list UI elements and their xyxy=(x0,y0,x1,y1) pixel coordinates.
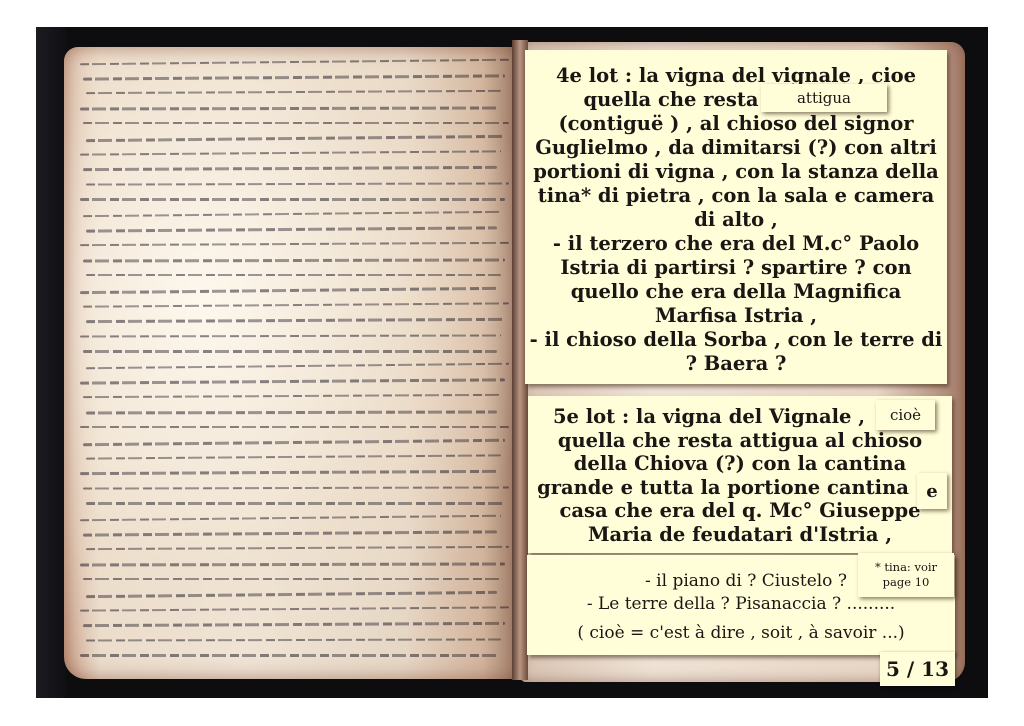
manuscript-ink-line xyxy=(86,318,505,323)
lot4-line: Istria di partirsi ? spartire ? con xyxy=(525,256,947,280)
manuscript-ink-line xyxy=(83,166,497,171)
manuscript-ink-line xyxy=(80,151,501,156)
e-chip: e xyxy=(917,473,947,509)
manuscript-ink-line xyxy=(86,502,505,505)
lot4-line: Guglielmo , da dimitarsi (?) con altri xyxy=(525,136,947,160)
cioe-chip: cioè xyxy=(876,400,935,430)
manuscript-ink-line xyxy=(86,135,505,142)
manuscript-ink-line xyxy=(86,546,509,550)
manuscript-ink-line xyxy=(83,486,509,489)
manuscript-ink-line xyxy=(80,607,509,612)
manuscript-ink-line xyxy=(80,515,501,521)
manuscript-ink-line xyxy=(83,578,501,580)
manuscript-ink-line xyxy=(86,591,497,598)
lot4-line: (contiguë ) , al chioso del signor xyxy=(525,112,947,136)
manuscript-ink-line xyxy=(86,410,497,414)
lot4-line: - il chioso della Sorba , con le terre d… xyxy=(525,328,947,352)
lot5-line: grande e tutta la portione cantina xyxy=(528,476,952,500)
manuscript-ink-line xyxy=(80,287,497,294)
manuscript-ink-line xyxy=(83,258,505,262)
manuscript-ink-line xyxy=(86,274,501,276)
manuscript-ink-line xyxy=(83,303,509,308)
manuscript-ink-line xyxy=(83,439,505,446)
lot5-line: Maria de feudatari d'Istria , xyxy=(528,523,952,547)
lot4-line: ? Baera ? xyxy=(525,352,947,376)
manuscript-ink-line xyxy=(83,211,501,217)
manuscript-ink-line xyxy=(83,622,505,627)
lot5-line: quella che resta attigua al chioso xyxy=(528,429,952,453)
attigua-chip: attigua xyxy=(761,84,887,112)
manuscript-ink-line xyxy=(80,198,505,201)
manuscript-ink-line xyxy=(83,350,497,353)
manuscript-ink-line xyxy=(86,182,509,185)
manuscript-ink-line xyxy=(80,379,505,385)
manuscript-ink-line xyxy=(86,363,509,369)
manuscript-ink-line xyxy=(86,638,501,641)
footnote-line: * tina: voir xyxy=(858,560,954,575)
manuscript-ink-line xyxy=(80,470,497,475)
manuscript-ink-line xyxy=(80,654,497,657)
manuscript-ink-line xyxy=(80,426,509,428)
footnote-box: * tina: voir page 10 xyxy=(858,553,954,597)
manuscript-ink-line xyxy=(83,75,505,81)
lot4-line: tina* di pietra , con la sala e camera xyxy=(525,184,947,208)
cioe-definition-line: ( cioè = c'est à dire , soit , à savoir … xyxy=(527,622,955,645)
manuscript-ink-line xyxy=(83,394,501,398)
manuscript-ink-line xyxy=(80,106,497,110)
manuscript-ink-line xyxy=(80,59,509,65)
lot4-line: portioni di vigna , con la stanza della xyxy=(525,160,947,184)
manuscript-ink-line xyxy=(83,122,509,124)
lot4-line: di alto , xyxy=(525,208,947,232)
footnote-line: page 10 xyxy=(858,575,954,590)
manuscript-ink-line xyxy=(86,227,497,233)
manuscript-ink-line xyxy=(80,334,501,337)
manuscript-ink-line xyxy=(86,455,501,460)
lot4-line: - il terzero che era del M.c° Paolo xyxy=(525,232,947,256)
manuscript-ink-line xyxy=(83,531,497,537)
lot4-line: Marfisa Istria , xyxy=(525,304,947,328)
page-indicator: 5 / 13 xyxy=(880,652,955,686)
lot5-line: casa che era del q. Mc° Giuseppe xyxy=(528,499,952,523)
manuscript-left-page xyxy=(64,47,519,679)
lot5-line: della Chiova (?) con la cantina xyxy=(528,452,952,476)
manuscript-ink-line xyxy=(86,90,501,94)
lot4-line: quello che era della Magnifica xyxy=(525,280,947,304)
manuscript-ink-line xyxy=(80,562,505,566)
manuscript-ink-line xyxy=(80,242,509,246)
